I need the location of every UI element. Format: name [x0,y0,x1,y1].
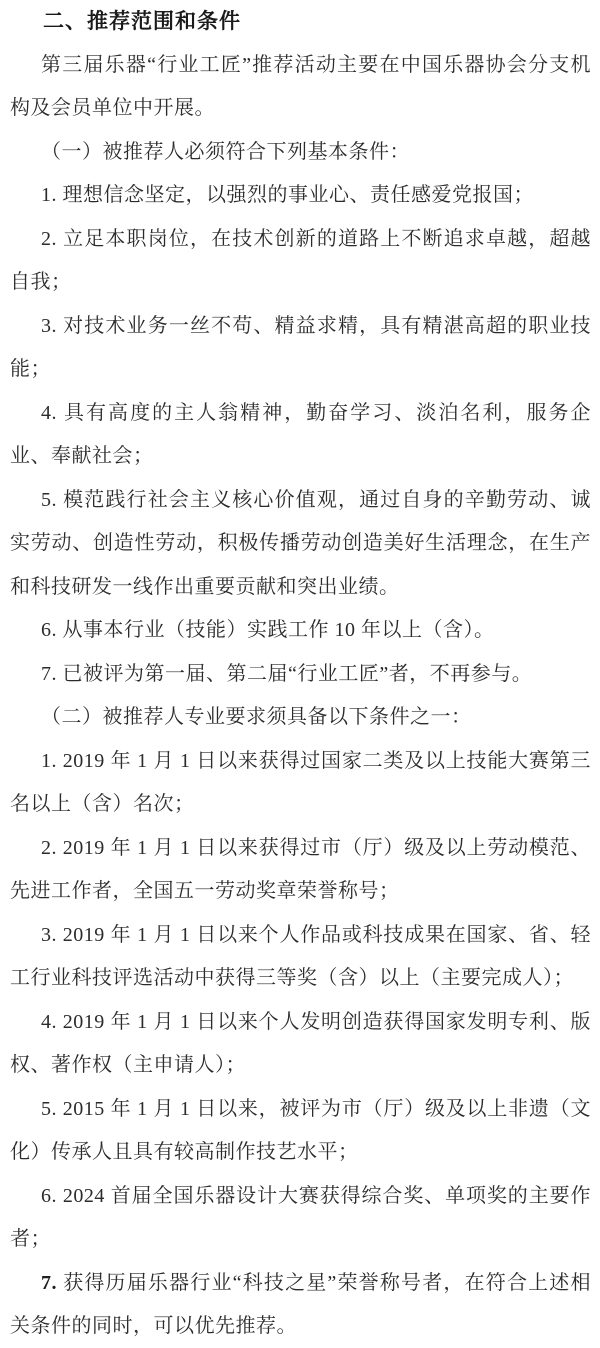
intro-paragraph: 第三届乐器“行业工匠”推荐活动主要在中国乐器协会分支机构及会员单位中开展。 [10,44,591,131]
professional-condition-item-3: 3. 2019 年 1 月 1 日以来个人作品或科技成果在国家、省、轻工行业科技… [10,914,591,1001]
basic-condition-item-1: 1. 理想信念坚定，以强烈的事业心、责任感爱党报国； [10,174,591,218]
basic-condition-item-4: 4. 具有高度的主人翁精神，勤奋学习、淡泊名利，服务企业、奉献社会； [10,392,591,479]
basic-condition-item-6: 6. 从事本行业（技能）实践工作 10 年以上（含）。 [10,609,591,653]
professional-condition-item-7: 7. 获得历届乐器行业“科技之星”荣誉称号者，在符合上述相关条件的同时，可以优先… [10,1262,591,1348]
item-text: 获得历届乐器行业“科技之星”荣誉称号者，在符合上述相关条件的同时，可以优先推荐。 [10,1272,591,1338]
basic-condition-item-2: 2. 立足本职岗位，在技术创新的道路上不断追求卓越，超越自我； [10,218,591,305]
professional-condition-item-1: 1. 2019 年 1 月 1 日以来获得过国家二类及以上技能大赛第三名以上（含… [10,740,591,827]
basic-condition-item-3: 3. 对技术业务一丝不苟、精益求精，具有精湛高超的职业技能； [10,305,591,392]
professional-condition-item-5: 5. 2015 年 1 月 1 日以来，被评为市（厅）级及以上非遗（文化）传承人… [10,1088,591,1175]
section-title: 二、推荐范围和条件 [10,0,591,44]
item-number-bold: 7. [41,1272,63,1294]
professional-condition-item-6: 6. 2024 首届全国乐器设计大赛获得综合奖、单项奖的主要作者； [10,1175,591,1262]
subsection-1-heading: （一）被推荐人必须符合下列基本条件： [10,131,591,175]
basic-condition-item-7: 7. 已被评为第一届、第二届“行业工匠”者，不再参与。 [10,653,591,697]
document-page: 二、推荐范围和条件 第三届乐器“行业工匠”推荐活动主要在中国乐器协会分支机构及会… [0,0,600,1348]
subsection-2-heading: （二）被推荐人专业要求须具备以下条件之一： [10,696,591,740]
professional-condition-item-4: 4. 2019 年 1 月 1 日以来个人发明创造获得国家发明专利、版权、著作权… [10,1001,591,1088]
basic-condition-item-5: 5. 模范践行社会主义核心价值观，通过自身的辛勤劳动、诚实劳动、创造性劳动，积极… [10,479,591,610]
professional-condition-item-2: 2. 2019 年 1 月 1 日以来获得过市（厅）级及以上劳动模范、先进工作者… [10,827,591,914]
